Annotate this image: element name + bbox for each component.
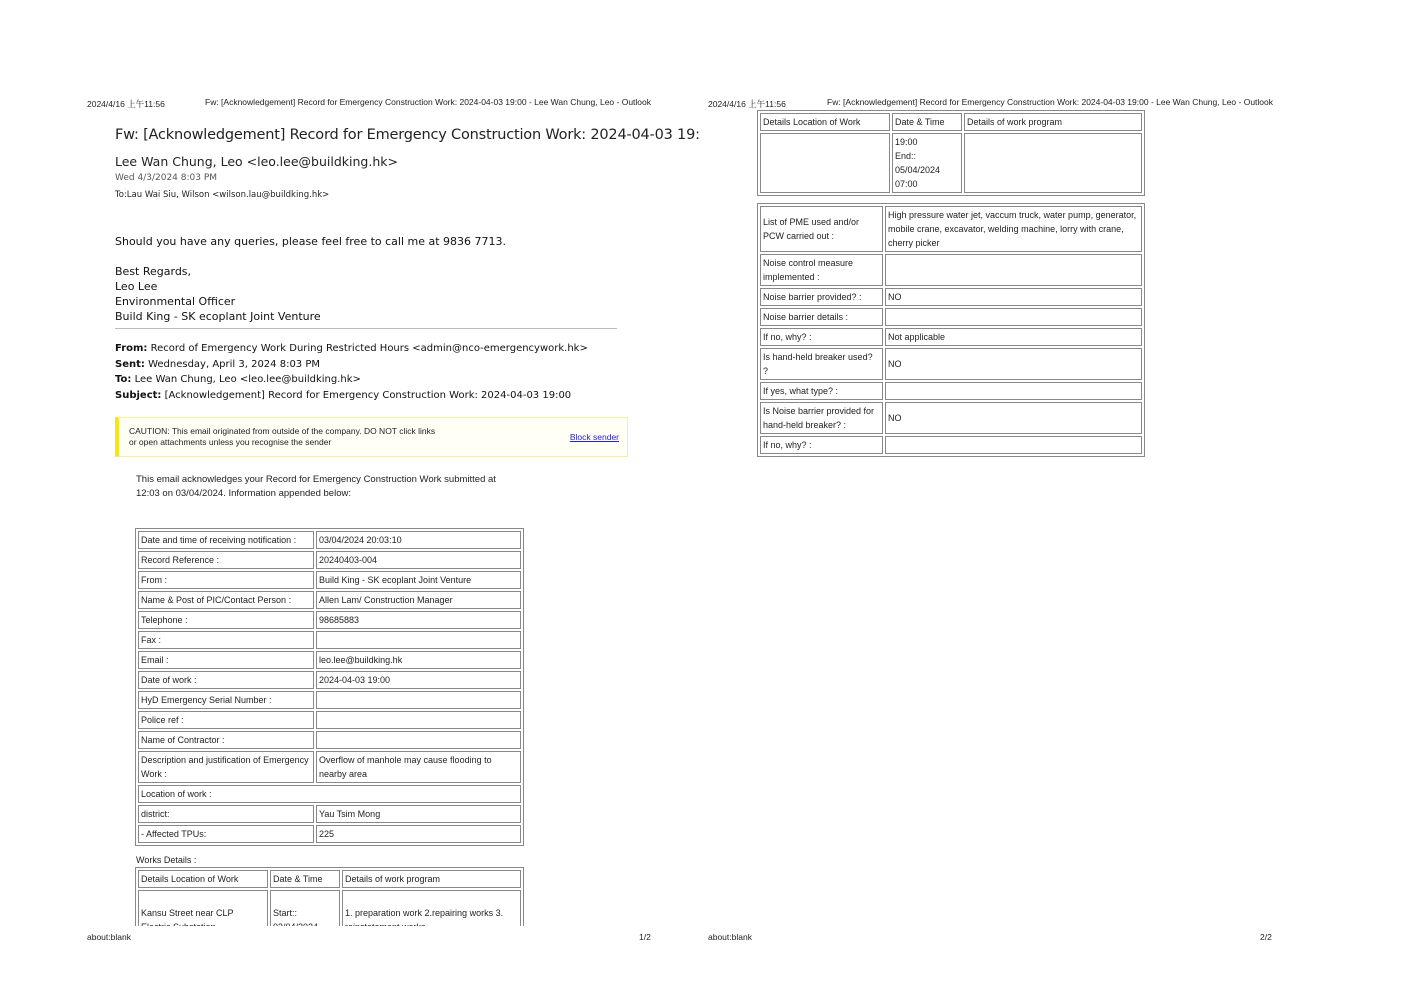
field-label: Location of work : [138, 785, 521, 803]
works-header-program: Details of work program [964, 113, 1142, 131]
field-label: HyD Emergency Serial Number : [138, 691, 314, 709]
record-row: Name & Post of PIC/Contact Person :Allen… [138, 591, 521, 609]
record-row: Location of work : [138, 785, 521, 803]
fwd-from-label: From: [115, 343, 147, 354]
field-label: Noise barrier details : [760, 308, 883, 326]
record-row: Email :leo.lee@buildking.hk [138, 651, 521, 669]
print-header-title: Fw: [Acknowledgement] Record for Emergen… [827, 97, 1273, 107]
field-label: If no, why? : [760, 436, 883, 454]
works-header-location: Details Location of Work [760, 113, 890, 131]
acknowledgement-text: This email acknowledges your Record for … [136, 473, 496, 501]
works-location: Kansu Street near CLP Electric Substatio… [138, 890, 268, 926]
works-row: 19:00 End:: 05/04/2024 07:00 [760, 133, 1142, 193]
field-value: NO [885, 402, 1142, 434]
field-label: Name of Contractor : [138, 731, 314, 749]
works-header-program: Details of work program [342, 870, 521, 888]
block-sender-link[interactable]: Block sender [570, 432, 619, 442]
record-row: Date of work :2024-04-03 19:00 [138, 671, 521, 689]
fwd-to: Lee Wan Chung, Leo <leo.lee@buildking.hk… [135, 374, 361, 385]
noise-row: Is Noise barrier provided for hand-held … [760, 402, 1142, 434]
fwd-subject: [Acknowledgement] Record for Emergency C… [165, 390, 572, 401]
field-label: Description and justification of Emergen… [138, 751, 314, 783]
record-row: Fax : [138, 631, 521, 649]
noise-table: List of PME used and/or PCW carried out … [757, 203, 1145, 457]
field-value [316, 731, 521, 749]
field-label: Is Noise barrier provided for hand-held … [760, 402, 883, 434]
field-value: leo.lee@buildking.hk [316, 651, 521, 669]
noise-row: If yes, what type? : [760, 382, 1142, 400]
noise-row: If no, why? :Not applicable [760, 328, 1142, 346]
field-label: If no, why? : [760, 328, 883, 346]
works-header-location: Details Location of Work [138, 870, 268, 888]
record-row: Telephone :98685883 [138, 611, 521, 629]
signature-line: Best Regards, [115, 264, 321, 279]
record-row: Date and time of receiving notification … [138, 531, 521, 549]
forwarded-header: From: Record of Emergency Work During Re… [115, 341, 588, 404]
field-label: Noise barrier provided? : [760, 288, 883, 306]
print-page-1: 2024/4/16 上午11:56 Fw: [Acknowledgement] … [0, 0, 700, 993]
fwd-subject-label: Subject: [115, 390, 161, 401]
field-label: Is hand-held breaker used? ? [760, 348, 883, 380]
email-sender: Lee Wan Chung, Leo <leo.lee@buildking.hk… [115, 154, 398, 169]
field-label: Name & Post of PIC/Contact Person : [138, 591, 314, 609]
works-location [760, 133, 890, 193]
record-row: Police ref : [138, 711, 521, 729]
separator [115, 328, 617, 329]
field-value: Yau Tsim Mong [316, 805, 521, 823]
works-row: Kansu Street near CLP Electric Substatio… [138, 890, 521, 926]
works-header-datetime: Date & Time [270, 870, 340, 888]
field-label: Telephone : [138, 611, 314, 629]
works-details-table: Details Location of Work Date & Time Det… [135, 867, 524, 926]
works-details-label: Works Details : [136, 855, 196, 865]
field-label: If yes, what type? : [760, 382, 883, 400]
field-value [316, 631, 521, 649]
field-value [885, 254, 1142, 286]
field-label: From : [138, 571, 314, 589]
record-row: Description and justification of Emergen… [138, 751, 521, 783]
field-value: NO [885, 288, 1142, 306]
email-subject: Fw: [Acknowledgement] Record for Emergen… [115, 127, 700, 143]
works-datetime: Start:: 03/04/2024 [270, 890, 340, 926]
field-label: Email : [138, 651, 314, 669]
works-program [964, 133, 1142, 193]
fwd-from: Record of Emergency Work During Restrict… [151, 343, 588, 354]
record-row: Name of Contractor : [138, 731, 521, 749]
print-footer-page: 2/2 [1260, 932, 1272, 942]
works-program: 1. preparation work 2.repairing works 3.… [342, 890, 521, 926]
field-value [316, 711, 521, 729]
print-page-2: 2024/4/16 上午11:56 Fw: [Acknowledgement] … [620, 0, 1320, 993]
field-value: 20240403-004 [316, 551, 521, 569]
signature-line: Environmental Officer [115, 294, 321, 309]
works-details-table-continued: Details Location of Work Date & Time Det… [757, 110, 1145, 196]
field-value [885, 436, 1142, 454]
email-body-text: Should you have any queries, please feel… [115, 235, 506, 248]
field-value: 98685883 [316, 611, 521, 629]
field-label: Police ref : [138, 711, 314, 729]
record-row: HyD Emergency Serial Number : [138, 691, 521, 709]
record-row: - Affected TPUs:225 [138, 825, 521, 843]
field-value [316, 691, 521, 709]
works-header-row: Details Location of Work Date & Time Det… [138, 870, 521, 888]
noise-row: Noise barrier provided? :NO [760, 288, 1142, 306]
signature-line: Build King - SK ecoplant Joint Venture [115, 309, 321, 324]
field-value: 225 [316, 825, 521, 843]
field-label: Noise control measure implemented : [760, 254, 883, 286]
field-label: List of PME used and/or PCW carried out … [760, 206, 883, 252]
email-signature: Best Regards, Leo Lee Environmental Offi… [115, 264, 321, 324]
caution-banner: CAUTION: This email originated from outs… [115, 417, 628, 457]
field-label: Record Reference : [138, 551, 314, 569]
noise-row: Noise control measure implemented : [760, 254, 1142, 286]
works-header-row: Details Location of Work Date & Time Det… [760, 113, 1142, 131]
print-header-date: 2024/4/16 上午11:56 [708, 98, 786, 110]
field-value: Build King - SK ecoplant Joint Venture [316, 571, 521, 589]
field-label: district: [138, 805, 314, 823]
noise-row: List of PME used and/or PCW carried out … [760, 206, 1142, 252]
field-value [885, 382, 1142, 400]
field-value: 2024-04-03 19:00 [316, 671, 521, 689]
record-row: Record Reference :20240403-004 [138, 551, 521, 569]
email-recipient: To:Lau Wai Siu, Wilson <wilson.lau@build… [115, 190, 329, 200]
field-value: Overflow of manhole may cause flooding t… [316, 751, 521, 783]
field-label: - Affected TPUs: [138, 825, 314, 843]
fwd-to-label: To: [115, 374, 131, 385]
field-value [885, 308, 1142, 326]
field-value: NO [885, 348, 1142, 380]
record-table: Date and time of receiving notification … [135, 528, 524, 846]
fwd-sent: Wednesday, April 3, 2024 8:03 PM [148, 359, 320, 370]
field-label: Date of work : [138, 671, 314, 689]
noise-row: If no, why? : [760, 436, 1142, 454]
email-sent-date: Wed 4/3/2024 8:03 PM [115, 173, 217, 183]
record-row: district:Yau Tsim Mong [138, 805, 521, 823]
noise-row: Is hand-held breaker used? ?NO [760, 348, 1142, 380]
record-row: From :Build King - SK ecoplant Joint Ven… [138, 571, 521, 589]
field-label: Date and time of receiving notification … [138, 531, 314, 549]
print-footer-url: about:blank [87, 932, 131, 942]
fwd-sent-label: Sent: [115, 359, 145, 370]
works-datetime: 19:00 End:: 05/04/2024 07:00 [892, 133, 962, 193]
field-value: Not applicable [885, 328, 1142, 346]
print-footer-url: about:blank [708, 932, 752, 942]
caution-text: CAUTION: This email originated from outs… [129, 426, 435, 448]
noise-row: Noise barrier details : [760, 308, 1142, 326]
signature-line: Leo Lee [115, 279, 321, 294]
field-value: High pressure water jet, vaccum truck, w… [885, 206, 1142, 252]
field-label: Fax : [138, 631, 314, 649]
field-value: Allen Lam/ Construction Manager [316, 591, 521, 609]
works-header-datetime: Date & Time [892, 113, 962, 131]
field-value: 03/04/2024 20:03:10 [316, 531, 521, 549]
